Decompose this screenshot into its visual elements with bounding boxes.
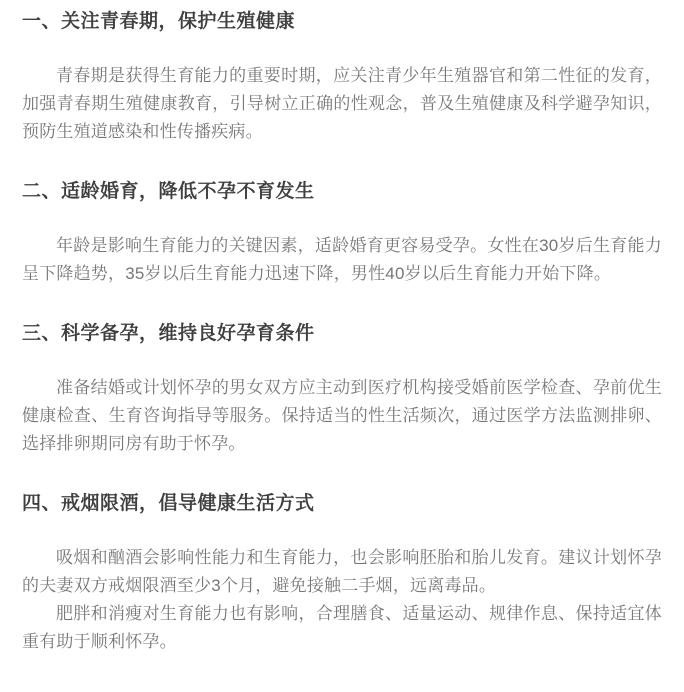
section-healthy-lifestyle: 四、戒烟限酒，倡导健康生活方式 吸烟和酗酒会影响性能力和生育能力，也会影响胚胎和… [22,494,662,656]
section-puberty: 一、关注青春期，保护生殖健康 青春期是获得生育能力的重要时期，应关注青少年生殖器… [22,12,662,146]
section-paragraph: 吸烟和酗酒会影响性能力和生育能力，也会影响胚胎和胎儿发育。建议计划怀孕的夫妻双方… [22,544,662,600]
section-heading: 一、关注青春期，保护生殖健康 [22,12,662,32]
section-pregnancy-preparation: 三、科学备孕，维持良好孕育条件 准备结婚或计划怀孕的男女双方应主动到医疗机构接受… [22,324,662,458]
section-paragraph: 肥胖和消瘦对生育能力也有影响，合理膳食、适量运动、规律作息、保持适宜体重有助于顺… [22,600,662,656]
section-paragraph: 准备结婚或计划怀孕的男女双方应主动到医疗机构接受婚前医学检查、孕前优生健康检查、… [22,374,662,458]
section-heading: 四、戒烟限酒，倡导健康生活方式 [22,494,662,514]
section-heading: 二、适龄婚育，降低不孕不育发生 [22,182,662,202]
section-heading: 三、科学备孕，维持良好孕育条件 [22,324,662,344]
section-paragraph: 青春期是获得生育能力的重要时期，应关注青少年生殖器官和第二性征的发育，加强青春期… [22,62,662,146]
section-marriage-age: 二、适龄婚育，降低不孕不育发生 年龄是影响生育能力的关键因素，适龄婚育更容易受孕… [22,182,662,288]
document-body: 一、关注青春期，保护生殖健康 青春期是获得生育能力的重要时期，应关注青少年生殖器… [0,0,684,692]
section-paragraph: 年龄是影响生育能力的关键因素，适龄婚育更容易受孕。女性在30岁后生育能力呈下降趋… [22,232,662,288]
